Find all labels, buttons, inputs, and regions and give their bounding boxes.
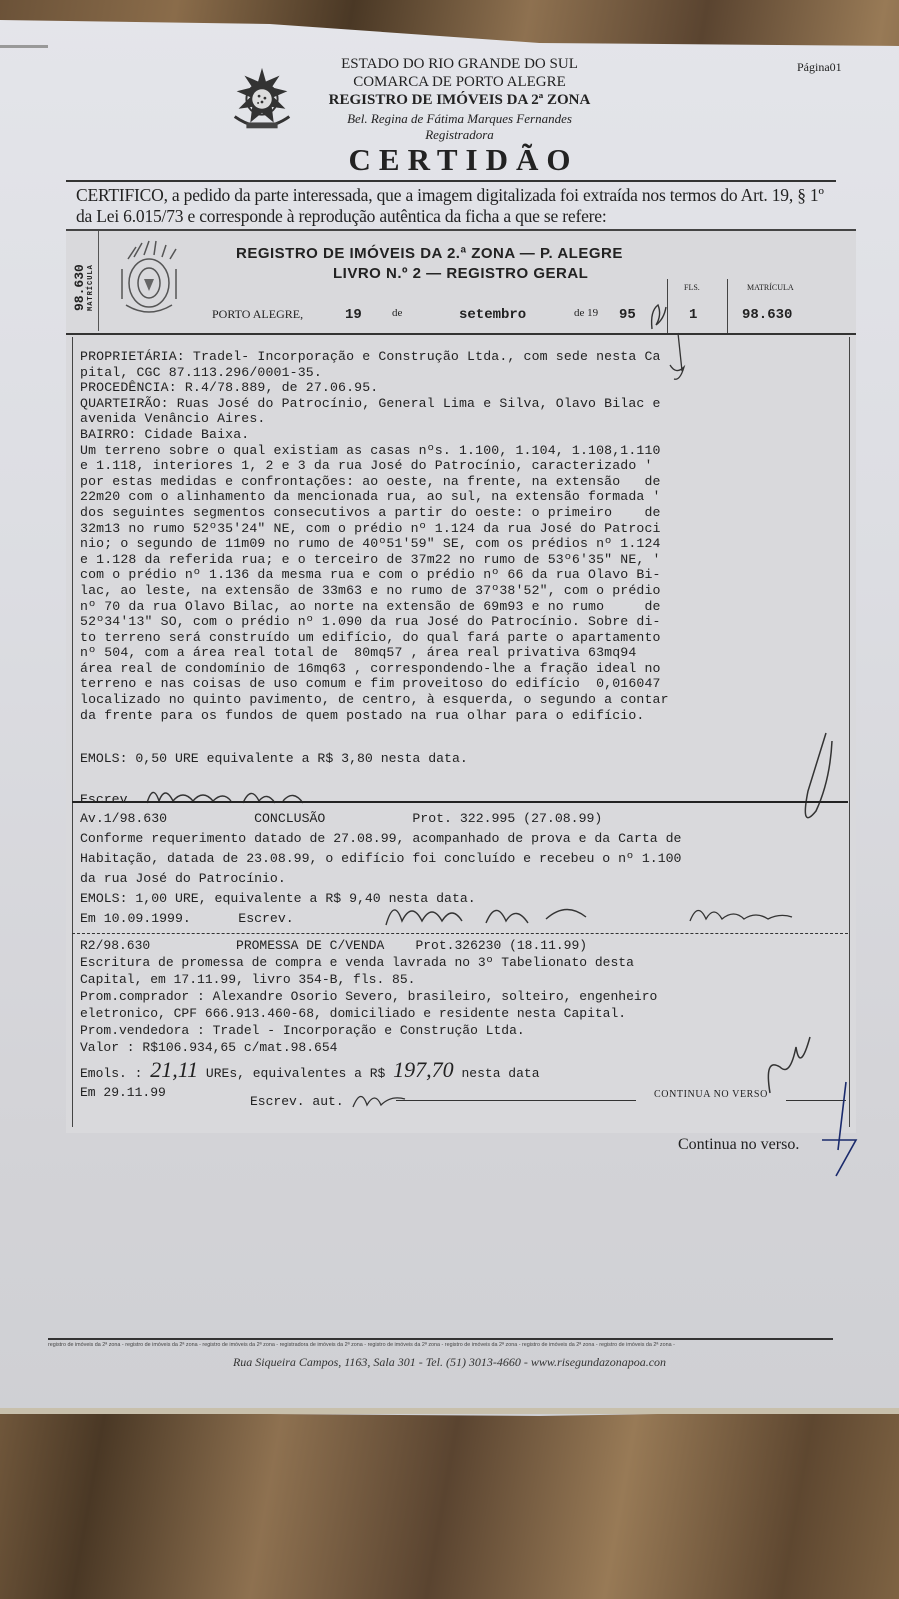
card-subtitle: LIVRO N.º 2 — REGISTRO GERAL (333, 265, 588, 282)
card-title: REGISTRO DE IMÓVEIS DA 2.ª ZONA — P. ALE… (236, 245, 623, 262)
escrevente-signature-icon (143, 781, 323, 809)
description-line: por estas medidas e confrontações: ao oe… (80, 474, 840, 490)
escrevente-line-1: Escrev. (80, 781, 323, 809)
r2-emols-line: Emols. : 21,11 UREs, equivalentes a R$ 1… (80, 1057, 540, 1083)
date-year: 95 (619, 307, 636, 323)
vertical-matricula-number: 98.630 (72, 264, 87, 311)
date-century: de 19 (574, 307, 598, 319)
certification-statement: CERTIFICO, a pedido da parte interessada… (76, 185, 836, 227)
escrevente-label: Escrev. (80, 792, 135, 807)
date-de: de (392, 307, 402, 319)
vertical-matricula-label: MATRÍCULA (87, 264, 95, 311)
description-line: com o prédio nº 1.136 da mesma rua e com… (80, 567, 840, 583)
averbacao-line: Habitação, datada de 23.08.99, o edifíci… (80, 849, 681, 869)
initials-signature-icon (648, 301, 670, 333)
registro-line: Prom.vendedora : Tradel - Incorporação e… (80, 1022, 657, 1039)
page-tab-mark (0, 45, 48, 48)
page-number: Página01 (797, 60, 842, 75)
description-line: nio; o segundo de 11m09 no rumo de 40º51… (80, 536, 840, 552)
description-line: pital, CGC 87.113.296/0001-35. (80, 365, 840, 381)
description-line: Um terreno sobre o qual existiam as casa… (80, 443, 840, 459)
footer-divider (48, 1338, 833, 1340)
description-line: nº 504, com a área real total de 80mq57 … (80, 645, 840, 661)
description-line: e 1.118, interiores 1, 2 e 3 da rua José… (80, 458, 840, 474)
r2-emols-prefix: Emols. : (80, 1066, 142, 1081)
description-line: BAIRRO: Cidade Baixa. (80, 427, 840, 443)
place-label: PORTO ALEGRE, (212, 307, 303, 322)
header-divider (66, 180, 836, 182)
matricula-divider (727, 279, 728, 334)
averbacao-line: Conforme requerimento datado de 27.08.99… (80, 829, 681, 849)
registro-line: R2/98.630 PROMESSA DE C/VENDA Prot.32623… (80, 937, 657, 954)
r2-signature-icon (351, 1085, 411, 1111)
r2-emols-mid: UREs, equivalentes a R$ (206, 1066, 385, 1081)
header-role: Registradora (10, 127, 899, 143)
rio-grande-do-sul-coat-of-arms-icon (114, 239, 184, 319)
continua-no-verso: Continua no verso. (678, 1136, 799, 1154)
registro-line: Valor : R$106.934,65 c/mat.98.654 (80, 1039, 657, 1056)
r2-emols-value: 197,70 (393, 1057, 454, 1082)
continua-no-verso-card: CONTINUA NO VERSO (654, 1089, 768, 1100)
description-line: 32m13 no rumo 52º35'24" NE, com o prédio… (80, 521, 840, 537)
description-line: lac, ao leste, na extensão de 33m63 e no… (80, 583, 840, 599)
description-line: QUARTEIRÃO: Ruas José do Patrocínio, Gen… (80, 396, 840, 412)
card-margin-rule (98, 231, 99, 331)
section-divider-1 (72, 801, 848, 803)
description-line: localizado no quinto pavimento, de centr… (80, 692, 840, 708)
r2-emols-suffix: nesta data (461, 1066, 539, 1081)
description-line: 22m20 com o alinhamento da mencionada ru… (80, 489, 840, 505)
card-header-rule (66, 333, 856, 335)
date-month: setembro (459, 307, 526, 323)
header-state: ESTADO DO RIO GRANDE DO SUL (10, 56, 899, 73)
fls-label: FLS. (684, 283, 700, 292)
header-registry: REGISTRO DE IMÓVEIS DA 2ª ZONA (10, 92, 899, 109)
registro-line: eletronico, CPF 666.913.460-68, domicili… (80, 1005, 657, 1022)
description-line: área real de condomínio de 16mq63 , corr… (80, 661, 840, 677)
blue-pen-mark-icon (812, 1080, 862, 1180)
registro-2: R2/98.630 PROMESSA DE C/VENDA Prot.32623… (80, 937, 657, 1056)
r2-escrevente: Escrev. aut. (250, 1085, 411, 1111)
matricula-value: 98.630 (742, 307, 792, 323)
header-comarca: COMARCA DE PORTO ALEGRE (10, 74, 899, 91)
r2-emols-ures: 21,11 (150, 1057, 198, 1082)
header-official: Bel. Regina de Fátima Marques Fernandes (10, 111, 899, 127)
footer-repeat-text: registro de imóveis da 2ª zona - registr… (48, 1342, 838, 1348)
property-description: PROPRIETÁRIA: Tradel- Incorporação e Con… (80, 349, 840, 723)
continua-rule-left (396, 1100, 636, 1101)
section-divider-2 (72, 933, 848, 936)
description-line: nº 70 da rua Olavo Bilac, ao norte na ex… (80, 599, 840, 615)
registry-record-card: 98.630 MATRÍCULA REGISTRO DE IMÓVEIS DA … (66, 229, 856, 1133)
av1-signature-icon (376, 891, 606, 931)
registrar-signature-icon (686, 897, 796, 927)
date-day: 19 (345, 307, 362, 323)
matricula-label: MATRÍCULA (747, 283, 794, 292)
description-line: to terreno será construído um edifício, … (80, 630, 840, 646)
registro-line: Prom.comprador : Alexandre Osorio Severo… (80, 988, 657, 1005)
registro-line: Capital, em 17.11.99, livro 354-B, fls. … (80, 971, 657, 988)
document-title: CERTIDÃO (14, 142, 899, 178)
vertical-matricula: 98.630 MATRÍCULA (72, 264, 95, 311)
rubric-signature-icon (658, 331, 698, 401)
description-line: da frente para os fundos de quem postado… (80, 708, 840, 724)
r2-date: Em 29.11.99 (80, 1085, 166, 1100)
description-line: PROCEDÊNCIA: R.4/78.889, de 27.06.95. (80, 380, 840, 396)
r2-rubric-icon (760, 1027, 820, 1097)
description-line: dos seguintes segmentos consecutivos a p… (80, 505, 840, 521)
averbacao-line: Av.1/98.630 CONCLUSÃO Prot. 322.995 (27.… (80, 809, 681, 829)
r2-escrevente-label: Escrev. aut. (250, 1094, 344, 1109)
description-line: e 1.128 da referida rua; e o terceiro de… (80, 552, 840, 568)
description-line: PROPRIETÁRIA: Tradel- Incorporação e Con… (80, 349, 840, 365)
vertical-signature-icon (786, 731, 836, 841)
description-line: terreno e nas coisas de uso comum e fim … (80, 676, 840, 692)
averbacao-line: da rua José do Patrocínio. (80, 869, 681, 889)
registro-line: Escritura de promessa de compra e venda … (80, 954, 657, 971)
emols-record-1: EMOLS: 0,50 URE equivalente a R$ 3,80 ne… (80, 751, 468, 766)
description-line: 52º34'13" SO, com o prédio nº 1.090 da r… (80, 614, 840, 630)
paper-edge (0, 1408, 899, 1414)
description-line: avenida Venâncio Aires. (80, 411, 840, 427)
fls-value: 1 (689, 307, 697, 323)
footer-address: Rua Siqueira Campos, 1163, Sala 301 - Te… (0, 1355, 899, 1370)
